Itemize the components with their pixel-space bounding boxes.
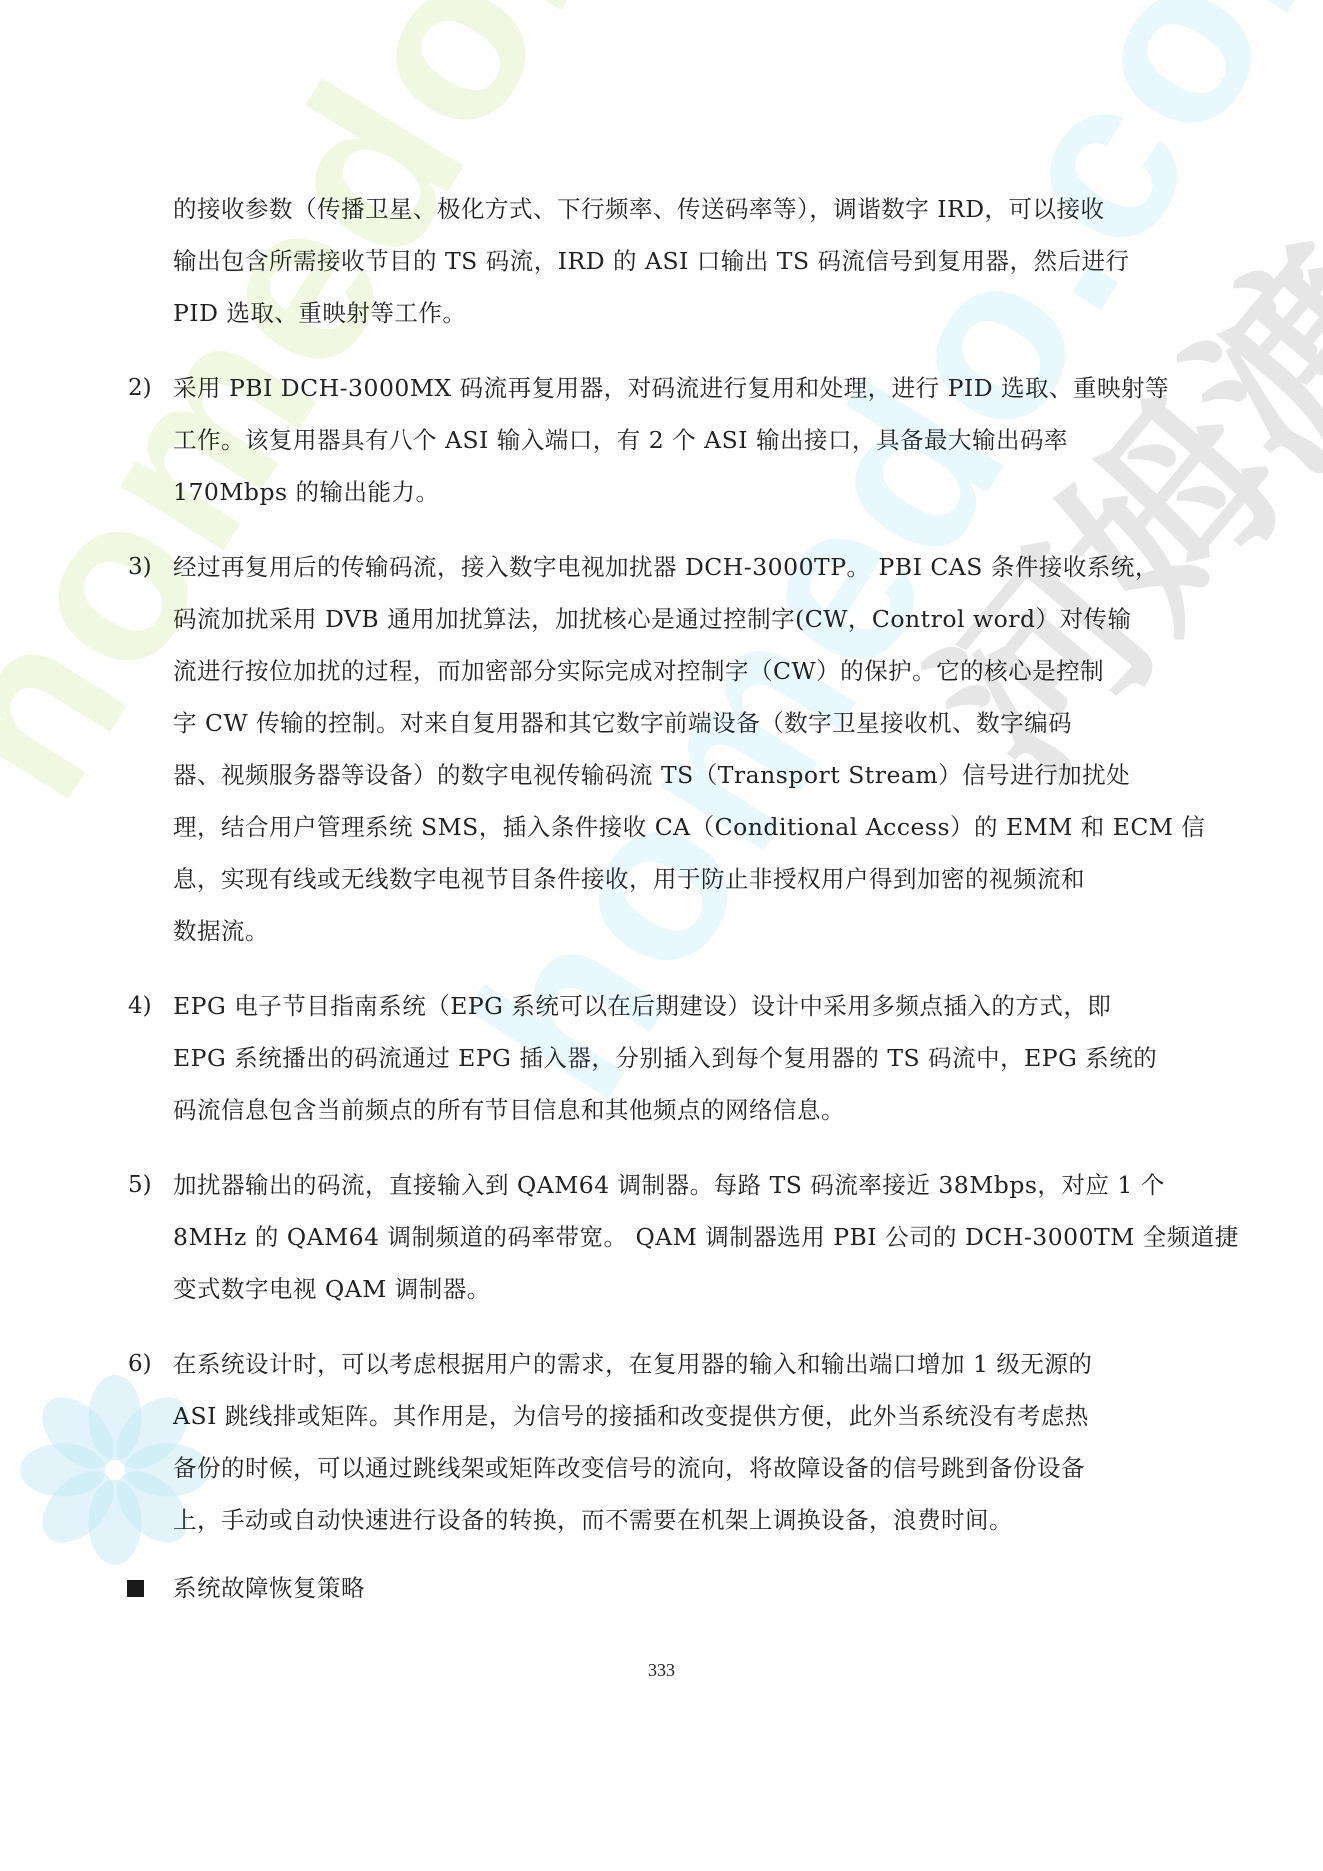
body-text-line: 输出包含所需接收节目的 TS 码流，IRD 的 ASI 口输出 TS 码流信号到… [173, 245, 1130, 277]
list-item-line: 码流加扰采用 DVB 通用加扰算法，加扰核心是通过控制字(CW，Control … [173, 603, 1132, 635]
document-page: 的接收参数（传播卫星、极化方式、下行频率、传送码率等），调谐数字 IRD，可以接… [0, 0, 1323, 1871]
square-bullet-icon [127, 1580, 144, 1597]
list-item-number: 5) [128, 1169, 152, 1201]
page-number: 333 [0, 1660, 1323, 1681]
list-item-number: 3) [128, 551, 152, 583]
list-item-number: 4) [128, 990, 152, 1022]
list-item-line: 工作。该复用器具有八个 ASI 输入端口，有 2 个 ASI 输出接口，具备最大… [173, 424, 1068, 456]
list-item-line: 码流信息包含当前频点的所有节目信息和其他频点的网络信息。 [173, 1094, 845, 1126]
list-item-line: 8MHz 的 QAM64 调制频道的码率带宽。 QAM 调制器选用 PBI 公司… [173, 1221, 1239, 1253]
list-item-line: 在系统设计时，可以考虑根据用户的需求，在复用器的输入和输出端口增加 1 级无源的 [173, 1348, 1092, 1380]
list-item-line: 备份的时候，可以通过跳线架或矩阵改变信号的流向，将故障设备的信号跳到备份设备 [173, 1452, 1085, 1484]
list-item-line: 170Mbps 的输出能力。 [173, 476, 440, 508]
list-item-line: ASI 跳线排或矩阵。其作用是，为信号的接插和改变提供方便，此外当系统没有考虑热 [173, 1400, 1089, 1432]
list-item-line: 器、视频服务器等设备）的数字电视传输码流 TS（Transport Stream… [173, 759, 1130, 791]
list-item-line: 流进行按位加扰的过程，而加密部分实际完成对控制字（CW）的保护。它的核心是控制 [173, 655, 1104, 687]
list-item-line: 息，实现有线或无线数字电视节目条件接收，用于防止非授权用户得到加密的视频流和 [173, 863, 1085, 895]
list-item-number: 2) [128, 372, 152, 404]
list-item-line: EPG 系统播出的码流通过 EPG 插入器，分别插入到每个复用器的 TS 码流中… [173, 1042, 1157, 1074]
list-item-line: 上，手动或自动快速进行设备的转换，而不需要在机架上调换设备，浪费时间。 [173, 1504, 1013, 1536]
list-item-number: 6) [128, 1348, 152, 1380]
section-heading: 系统故障恢复策略 [173, 1572, 365, 1604]
list-item-line: 采用 PBI DCH-3000MX 码流再复用器，对码流进行复用和处理，进行 P… [173, 372, 1169, 404]
list-item-line: EPG 电子节目指南系统（EPG 系统可以在后期建设）设计中采用多频点插入的方式… [173, 990, 1111, 1022]
list-item-line: 字 CW 传输的控制。对来自复用器和其它数字前端设备（数字卫星接收机、数字编码 [173, 707, 1072, 739]
list-item-line: 经过再复用后的传输码流，接入数字电视加扰器 DCH-3000TP。 PBI CA… [173, 551, 1159, 583]
list-item-line: 加扰器输出的码流，直接输入到 QAM64 调制器。每路 TS 码流率接近 38M… [173, 1169, 1165, 1201]
list-item-line: 变式数字电视 QAM 调制器。 [173, 1273, 491, 1305]
list-item-line: 理，结合用户管理系统 SMS，插入条件接收 CA（Conditional Acc… [173, 811, 1205, 843]
body-text-line: PID 选取、重映射等工作。 [173, 297, 466, 329]
body-text-line: 的接收参数（传播卫星、极化方式、下行频率、传送码率等），调谐数字 IRD，可以接… [173, 193, 1105, 225]
list-item-line: 数据流。 [173, 915, 269, 947]
